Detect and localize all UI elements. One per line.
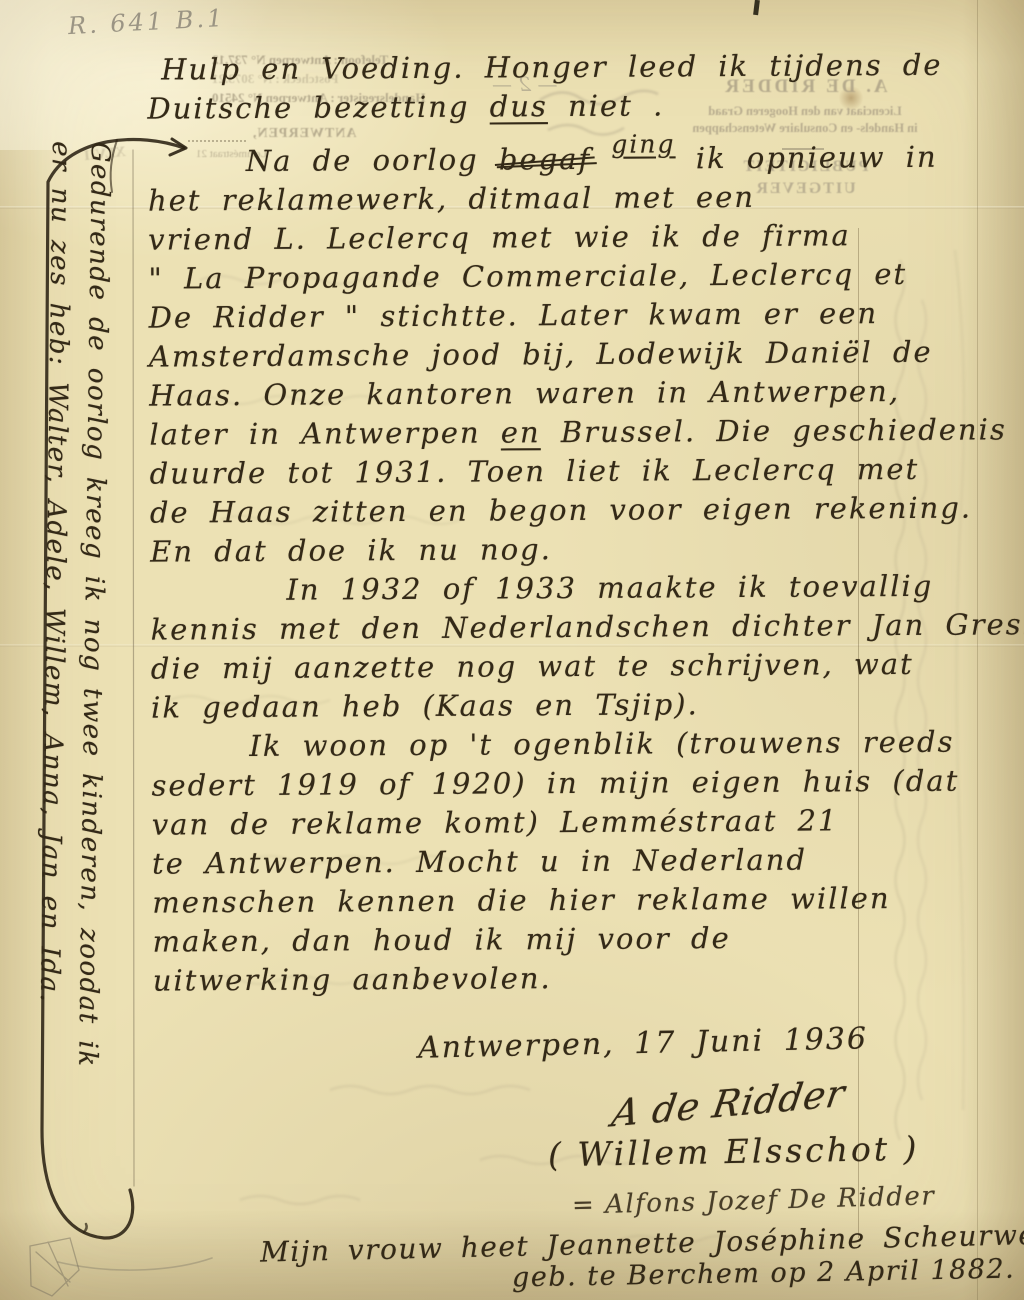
handwritten-line: later in Antwerpen en Brussel. Die gesch… — [149, 412, 999, 456]
handwritten-line: duurde tot 1931. Toen liet ik Leclercq m… — [150, 451, 1000, 495]
text-segment: duurde tot 1931. Toen liet ik Leclercq m… — [150, 452, 920, 491]
handwritten-line: te Antwerpen. Mocht u in Nederland — [152, 841, 1002, 885]
handwritten-line: In 1932 of 1933 maakte ik toevallig — [150, 568, 1000, 612]
text-segment: die mij aanzette nog wat te schrijven, w… — [151, 647, 914, 686]
handwritten-line: uitwerking aanbevolen. — [153, 958, 1003, 1002]
text-segment: In 1932 of 1933 maakte ik toevallig — [286, 569, 933, 607]
handwritten-line: Ik woon op 't ogenblik (trouwens reeds — [151, 724, 1001, 768]
handwritten-line: maken, dan houd ik mij voor de — [152, 919, 1002, 963]
handwritten-line: die mij aanzette nog wat te schrijven, w… — [151, 646, 1001, 690]
text-segment: ik opnieuw in — [675, 140, 937, 176]
text-segment: Duitsche bezetting — [147, 90, 489, 126]
handwritten-line: de Haas zitten en begon voor eigen reken… — [150, 490, 1000, 534]
paragraph: Hulp en Voeding. Honger leed ik tijdens … — [147, 47, 997, 130]
text-segment: " La Propagande Commerciale, Leclercq et — [148, 257, 907, 296]
text-segment: later in Antwerpen — [149, 415, 501, 451]
handwritten-line: Duitsche bezetting dus niet . — [147, 86, 997, 130]
text-segment: De Ridder " stichtte. Later kwam er een — [149, 296, 879, 334]
text-segment: En dat doe ik nu nog. — [150, 532, 552, 568]
handwritten-line: van de reklame komt) Lemméstraat 21 — [152, 802, 1002, 846]
text-segment: kennis met den Nederlandschen dichter Ja… — [151, 607, 1024, 647]
text-segment: Brussel. Die geschiedenis — [541, 412, 1007, 449]
margin-note: Gedurende de oorlog kreeg ik nog twee ki… — [25, 141, 119, 1262]
text-segment: Na de oorlog — [246, 142, 499, 178]
handwritten-line: En dat doe ik nu nog. — [150, 529, 1000, 573]
paragraph: Ik woon op 't ogenblik (trouwens reedsse… — [151, 724, 1003, 1002]
underlined-word: dus — [490, 89, 548, 123]
text-segment — [591, 142, 611, 176]
text-segment: Amsterdamsche jood bij, Lodewijk Daniël … — [149, 335, 933, 374]
text-segment: ik gedaan heb (Kaas en Tsjip). — [151, 687, 699, 724]
handwritten-line: " La Propagande Commerciale, Leclercq et — [148, 256, 998, 300]
handwritten-line: Hulp en Voeding. Honger leed ik tijdens … — [147, 47, 997, 91]
text-segment: niet . — [548, 88, 665, 123]
handwritten-line: Amsterdamsche jood bij, Lodewijk Daniël … — [149, 334, 999, 378]
struck-word: begaf — [499, 142, 592, 177]
handwritten-line: menschen kennen die hier reklame willen — [152, 880, 1002, 924]
letter-body: Hulp en Voeding. Honger leed ik tijdens … — [147, 47, 1003, 1002]
text-segment: van de reklame komt) Lemméstraat 21 — [152, 803, 839, 841]
inserted-word: ging — [611, 129, 675, 158]
handwritten-line: ik gedaan heb (Kaas en Tsjip). — [151, 685, 1001, 729]
handwritten-line: Na de oorlog begaf ging ik opnieuw in — [148, 139, 998, 183]
text-segment: maken, dan houd ik mij voor de — [152, 921, 730, 959]
text-segment: te Antwerpen. Mocht u in Nederland — [152, 843, 807, 881]
text-segment: uitwerking aanbevolen. — [153, 961, 552, 997]
paragraph: In 1932 of 1933 maakte ik toevalligkenni… — [150, 568, 1001, 729]
text-segment: vriend L. Leclercq met wie ik de firma — [148, 218, 851, 256]
handwritten-line: sedert 1919 of 1920) in mijn eigen huis … — [151, 763, 1001, 807]
text-segment: Hulp en Voeding. Honger leed ik tijdens … — [161, 48, 943, 87]
paragraph: Na de oorlog begaf ging ik opnieuw inhet… — [148, 139, 1001, 573]
text-segment: het reklamewerk, ditmaal met een — [148, 180, 755, 218]
underlined-word: en — [501, 415, 541, 449]
handwritten-line: kennis met den Nederlandschen dichter Ja… — [151, 607, 1001, 651]
text-segment: de Haas zitten en begon voor eigen reken… — [150, 491, 972, 530]
handwritten-line: het reklamewerk, ditmaal met een — [148, 178, 998, 222]
text-segment: sedert 1919 of 1920) in mijn eigen huis … — [151, 764, 959, 803]
handwritten-line: vriend L. Leclercq met wie ik de firma — [148, 217, 998, 261]
handwritten-line: Haas. Onze kantoren waren in Antwerpen, — [149, 373, 999, 417]
text-segment: Ik woon op 't ogenblik (trouwens reeds — [249, 725, 954, 763]
handwritten-line: De Ridder " stichtte. Later kwam er een — [149, 295, 999, 339]
pseudonym: ( Willem Elsschot ) — [548, 1129, 920, 1174]
text-segment: menschen kennen die hier reklame willen — [152, 881, 890, 920]
text-segment: Haas. Onze kantoren waren in Antwerpen, — [149, 374, 900, 413]
